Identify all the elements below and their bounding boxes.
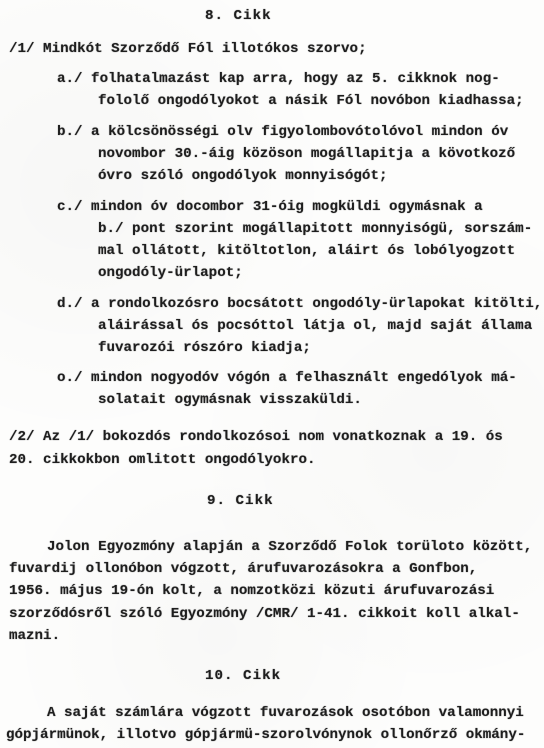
article-9-para-line-3: 1956. május 19-ón kolt, a nomzotközi köz… (9, 584, 494, 600)
paragraph-2-line-2: 20. cikkokbon omlitott ongodólyokro. (9, 453, 316, 469)
item-c-line-3: mal ollátott, kitöltotlon, aláirt ós lob… (98, 244, 515, 260)
item-c-line-4: ongodóly-ürlapot; (98, 266, 243, 282)
item-b-line-2: novombor 30.-áig közöson mogállapitja a … (98, 147, 515, 163)
item-b-line-1: b./ a kölcsönösségi olv figyolombovótoló… (57, 125, 508, 141)
item-c-line-2: b./ pont szorint mogállapitott monnyisóg… (98, 222, 532, 238)
item-a-line-1: a./ folhatalmazást kap arra, hogy az 5. … (57, 72, 500, 88)
item-c-line-1: c./ mindon óv docombor 31-óig mogküldi o… (57, 200, 483, 216)
document-page: 8. Cikk /1/ Mindkót Szorződő Fól illotók… (0, 0, 544, 748)
article-9-para-line-4: szorződósről szóló Egyozmóny /CMR/ 1-41.… (9, 607, 520, 623)
article-9-para-line-5: mazni. (9, 629, 60, 645)
article-10-para-line-1: A saját számlára vógzott fuvarozások oso… (47, 706, 524, 722)
article-9-para-line-1: Jolon Egyozmóny alapján a Szorződő Folok… (47, 540, 532, 556)
item-e-line-1: o./ mindon nogyodóv vógón a felhasznált … (57, 371, 517, 387)
article-9-para-line-2: fuvardij ollonóbon vógzott, árufuvarozás… (9, 562, 477, 578)
item-b-line-3: óvro szóló ongodólyok monnyisógót; (98, 169, 387, 185)
article-10-heading: 10. Cikk (205, 669, 281, 685)
item-e-line-2: solatait ogymásnak visszaküldi. (98, 393, 362, 409)
article-8-heading: 8. Cikk (205, 9, 272, 25)
item-d-line-3: fuvarozói rószóro kiadja; (98, 341, 311, 357)
item-d-line-2: aláirással ós pocsóttol látja ol, majd s… (98, 319, 532, 335)
item-a-line-2: fololő ongodólyokot a násik Fól novóbon … (98, 94, 524, 110)
paragraph-1-intro: /1/ Mindkót Szorződő Fól illotókos szorv… (9, 42, 367, 58)
item-d-line-1: d./ a rondolkozósro bocsátott ongodóly-ü… (57, 297, 542, 313)
article-10-para-line-2: gópjármünok, illotvo gópjármü-szorolvóny… (6, 728, 525, 744)
paragraph-2-line-1: /2/ Az /1/ bokozdós rondolkozósoi nom vo… (9, 430, 503, 446)
article-9-heading: 9. Cikk (207, 494, 274, 510)
